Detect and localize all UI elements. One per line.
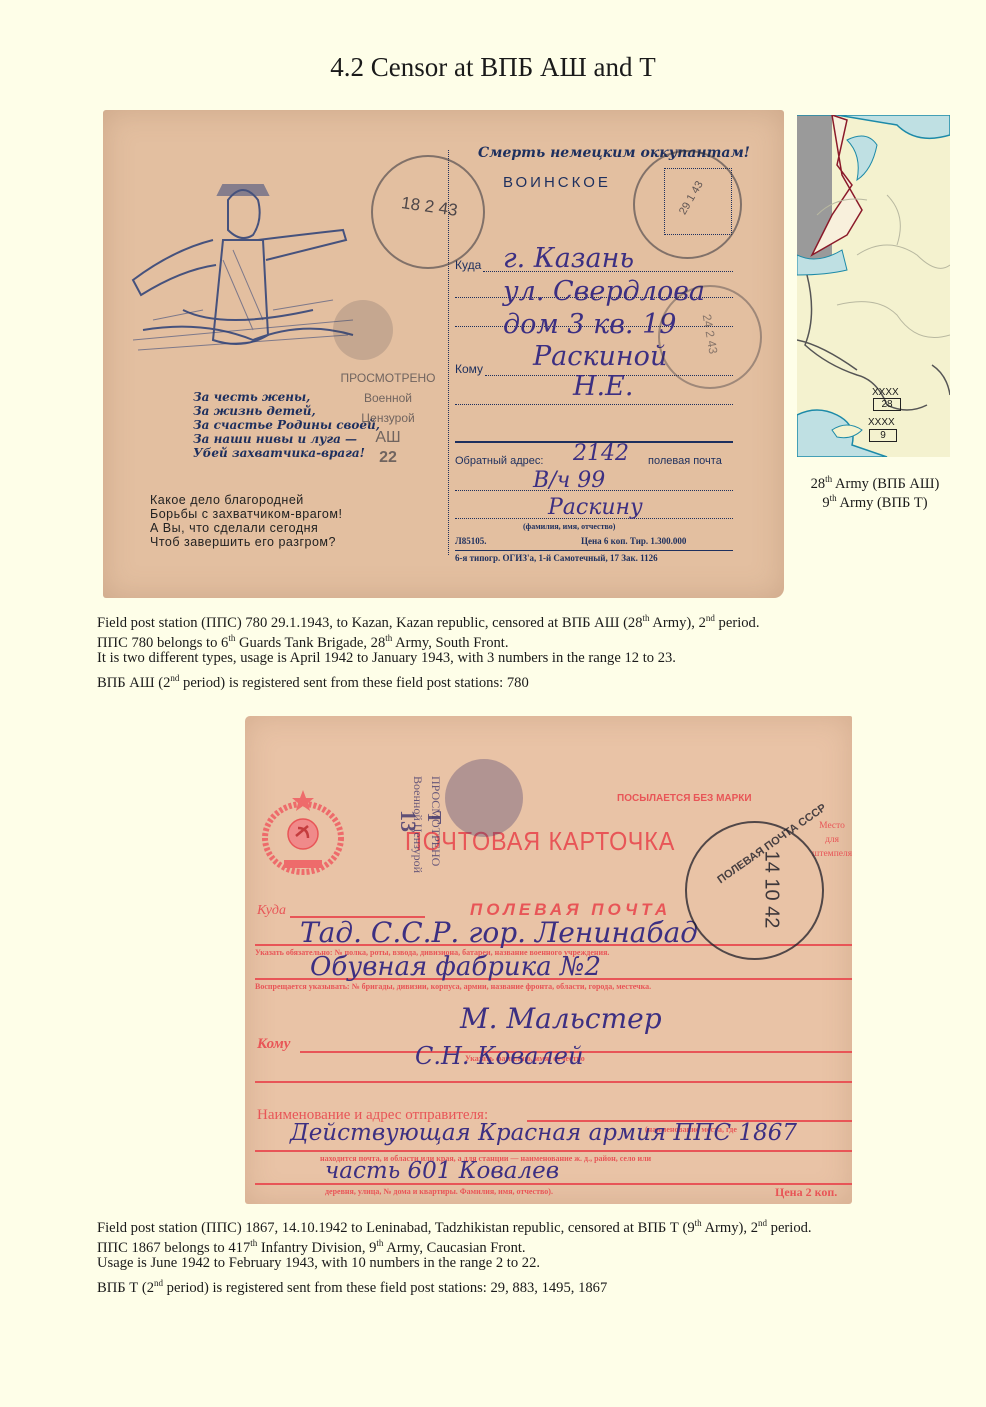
handwritten-line: Раскиной xyxy=(533,342,667,372)
censor-line: Военной Цензурой xyxy=(338,388,438,428)
army-28-symbol: XXXX xyxy=(872,388,899,398)
section-rule xyxy=(455,550,733,551)
question-line: Какое дело благородней xyxy=(150,493,342,507)
censor-letter: Т xyxy=(422,811,445,824)
handwritten-line: Н.Е. xyxy=(533,372,667,402)
postcard-2: ПОСЫЛАЕТСЯ БЕЗ МАРКИ ПОЧТОВАЯ КАРТОЧКА М… xyxy=(245,716,852,1204)
field-post-label: полевая почта xyxy=(648,455,722,467)
handwritten-recipient: Раскиной Н.Е. xyxy=(533,342,667,402)
handwritten-line: Обувная фабрика №2 xyxy=(310,952,601,982)
page-title: 4.2 Censor at ВПБ АШ and Т xyxy=(0,52,986,83)
handwritten-line: Действующая Красная армия ППС 1867 xyxy=(290,1120,797,1146)
caption-line: ВПБ АШ (2nd period) is registered sent f… xyxy=(97,668,529,693)
no-stamp-note: ПОСЫЛАЕТСЯ БЕЗ МАРКИ xyxy=(617,793,752,804)
handwritten-line: 2142 xyxy=(533,440,643,467)
postmark-date: 29 1 43 xyxy=(677,179,706,217)
caption-line: It is two different types, usage is Apri… xyxy=(97,648,676,668)
emblem-censor-stamp xyxy=(445,759,523,837)
field-post-postmark: 14 10 42 ПОЛЕВАЯ ПОЧТА СССР xyxy=(685,821,824,960)
censor-line: ПРОСМОТРЕНО xyxy=(427,776,445,936)
army-9-number: 9 xyxy=(869,429,897,442)
print-code: Л85105. xyxy=(455,536,486,546)
caption-line: Usage is June 1942 to February 1943, wit… xyxy=(97,1253,540,1273)
question-line: Чтоб завершить его разгром? xyxy=(150,535,342,549)
map-legend-9: 9th Army (ВПБ Т) xyxy=(790,489,960,513)
postmark-stamp: 18 2 43 xyxy=(371,155,485,269)
army-28-number: 28 xyxy=(873,398,901,411)
postcard-1: Смерть немецким оккупантам! ВОИНСКОЕ Куд… xyxy=(103,110,784,598)
censor-line: Военной Цензурой xyxy=(409,776,427,936)
handwritten-return: 2142 В/ч 99 Раскину xyxy=(533,440,643,521)
censor-stamp: ПРОСМОТРЕНО Военной Цензурой АШ 22 xyxy=(338,368,438,468)
censor-number: 13 xyxy=(395,810,421,832)
komu-label: Кому xyxy=(257,1036,290,1053)
stamp-place-line: для xyxy=(812,833,852,847)
stamp-place-label: Место для штемпеля xyxy=(812,819,852,861)
stamp-place-line: Место xyxy=(812,819,852,833)
postmark-date: 14 10 42 xyxy=(759,851,782,929)
arrival-stamp: 24 2 43 xyxy=(658,285,762,389)
question-line: Борьбы с захватчиком-врагом! xyxy=(150,507,342,521)
handwritten-line: В/ч 99 xyxy=(533,467,643,494)
postmark-date: 24 2 43 xyxy=(700,313,721,355)
price: Цена 6 коп. Тир. 1.300.000 xyxy=(581,536,686,546)
soviet-emblem-icon xyxy=(262,788,344,878)
kuda-label: Куда xyxy=(455,258,481,272)
address-line xyxy=(255,1081,852,1083)
question-text: Какое дело благородней Борьбы с захватчи… xyxy=(150,493,342,549)
postmark-date: 18 2 43 xyxy=(400,193,459,221)
return-address-label: Обратный адрес: xyxy=(455,455,543,467)
forbidden-note: Воспрещается указывать: № бригады, дивиз… xyxy=(255,982,651,991)
censor-stamp: ПРОСМОТРЕНО Военной Цензурой xyxy=(409,776,445,936)
caption-line: ВПБ Т (2nd period) is registered sent fr… xyxy=(97,1273,607,1298)
question-line: А Вы, что сделали сегодня xyxy=(150,521,342,535)
komu-label: Кому xyxy=(455,362,483,376)
stamp-place-line: штемпеля xyxy=(812,847,852,861)
handwritten-line: Тад. С.С.Р. гор. Ленинабад xyxy=(300,916,698,949)
censor-line: ПРОСМОТРЕНО xyxy=(338,368,438,388)
handwritten-line: часть 601 Ковалев xyxy=(325,1158,559,1184)
sender-hint: деревня, улица, № дома и квартиры. Фамил… xyxy=(325,1187,553,1196)
address-line xyxy=(455,404,733,405)
censor-number: 22 xyxy=(338,448,438,468)
censor-line: АШ xyxy=(338,428,438,448)
map: XXXX 28 XXXX 9 xyxy=(797,115,950,457)
soldier-illustration xyxy=(123,160,363,360)
card-title: ПОЧТОВАЯ КАРТОЧКА xyxy=(405,826,675,857)
printer-info: 6-я типогр. ОГИЗ'а, 1-й Самотечный, 17 З… xyxy=(455,553,658,563)
address-line xyxy=(255,1150,852,1152)
army-9-symbol: XXXX xyxy=(868,418,895,428)
handwritten-line: Раскину xyxy=(533,494,643,521)
handwritten-line: С.Н. Ковалей xyxy=(415,1042,583,1070)
field-post-stamp: 29 1 43 xyxy=(633,150,742,259)
handwritten-line: М. Мальстер xyxy=(460,1002,662,1035)
kuda-label: Куда xyxy=(257,903,286,919)
price: Цена 2 коп. xyxy=(775,1185,837,1200)
name-hint: (фамилия, имя, отчество) xyxy=(523,522,615,531)
card-header: ВОИНСКОЕ xyxy=(503,174,611,191)
emblem-stamp xyxy=(333,300,393,360)
